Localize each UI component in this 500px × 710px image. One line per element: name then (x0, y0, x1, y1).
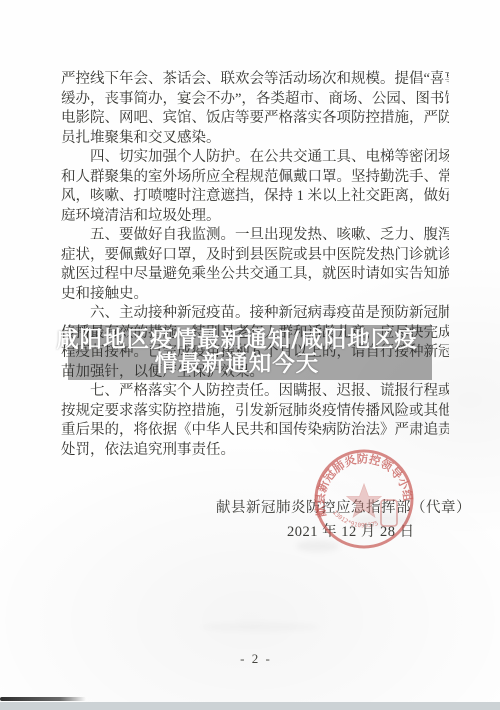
scan-smudge (296, 540, 340, 552)
body-text-line: 员扎堆聚集和交叉感染。 (61, 129, 449, 149)
scanned-document-page: 严控线下年会、茶话会、联欢会等活动场次和规模。提倡“喜事缓办，丧事简办，宴会不办… (0, 0, 500, 710)
body-text-line: 就医过程中尽量避免乘坐公共交通工具，就医时请如实告知旅居 (61, 265, 449, 285)
body-text-line: 五、要做好自我监测。一旦出现发热、咳嗽、乏力、腹泻等 (61, 226, 449, 246)
body-text-line: 按规定要求落实防控措施，引发新冠肺炎疫情传播风险或其他严 (61, 402, 449, 422)
signature-line: 献县新冠肺炎防控应急指挥部（代章） (216, 496, 471, 517)
background-below-page (0, 702, 500, 710)
body-text-line: 症状，要佩戴好口罩，及时到县医院或县中医院发热门诊就诊， (61, 246, 449, 266)
body-text-line: 七、严格落实个人防控责任。因瞒报、迟报、谎报行程或未 (61, 382, 449, 402)
body-text-line: 四、切实加强个人防护。在公共交通工具、电梯等密闭场所 (61, 148, 449, 168)
body-text-line: 六、主动接种新冠疫苗。接种新冠病毒疫苗是预防新冠肺炎 (61, 304, 449, 324)
body-text-line: 和人群聚集的室外场所应全程规范佩戴口罩。坚持勤洗手、常通 (61, 168, 449, 188)
body-text-line: 缓办，丧事简办，宴会不办”，各类超市、商场、公园、图书馆、 (61, 90, 449, 110)
paragraph: 五、要做好自我监测。一旦出现发热、咳嗽、乏力、腹泻等症状，要佩戴好口罩，及时到县… (61, 226, 449, 304)
body-text-line: 庭环境清洁和垃圾处理。 (61, 207, 449, 227)
scan-smudge (352, 512, 412, 528)
page-number: - 2 - (0, 651, 500, 667)
body-text-line: 严控线下年会、茶话会、联欢会等活动场次和规模。提倡“喜事 (61, 70, 449, 90)
body-text-line: 电影院、网吧、宾馆、饭店等要严格落实各项防控措施，严防人 (61, 109, 449, 129)
banner-title-line1: 咸阳地区疫情最新通知/咸阳地区疫 (56, 329, 418, 353)
body-text-line: 处罚，依法追究刑事责任。 (61, 441, 449, 461)
banner-title-line2: 情最新通知今天 (155, 353, 320, 377)
paragraph: 七、严格落实个人防控责任。因瞒报、迟报、谎报行程或未按规定要求落实防控措施，引发… (61, 382, 449, 460)
scan-smudge (200, 622, 320, 632)
paragraph: 严控线下年会、茶话会、联欢会等活动场次和规模。提倡“喜事缓办，丧事简办，宴会不办… (61, 70, 449, 148)
page-bottom-edge-line (0, 697, 86, 701)
document-body-text: 严控线下年会、茶话会、联欢会等活动场次和规模。提倡“喜事缓办，丧事简办，宴会不办… (61, 70, 449, 460)
paragraph: 四、切实加强个人防护。在公共交通工具、电梯等密闭场所和人群聚集的室外场所应全程规… (61, 148, 449, 226)
body-text-line: 重后果的，将依据《中华人民共和国传染病防治法》严肃追责和 (61, 421, 449, 441)
overlay-title-banner: 咸阳地区疫情最新通知/咸阳地区疫 情最新通知今天 (68, 325, 432, 380)
body-text-line: 史和接触史。 (61, 285, 449, 305)
body-text-line: 风，咳嗽、打喷嚏时注意遮挡，保持 1 米以上社交距离，做好家 (61, 187, 449, 207)
